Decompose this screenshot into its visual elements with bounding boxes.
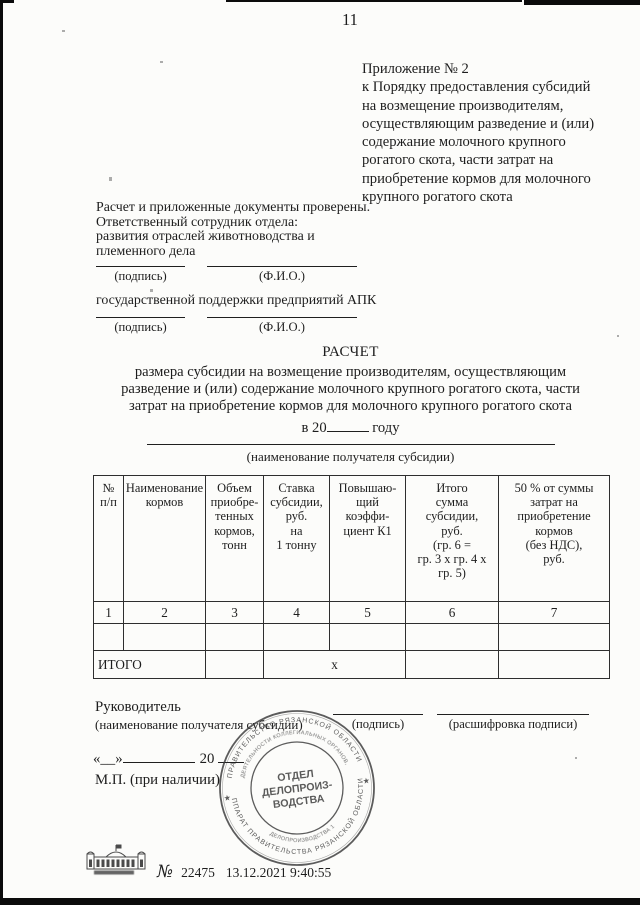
signature-row-1: (подпись) (Ф.И.О.) [96, 266, 357, 284]
empty-cell [94, 624, 124, 651]
appendix-line: крупного рогатого скота [362, 188, 622, 206]
emblem-window [89, 860, 92, 868]
appendix-line: Приложение № 2 [362, 60, 622, 78]
calc-title-block: РАСЧЕТ размера субсидии на возмещение пр… [78, 344, 623, 437]
appendix-header: Приложение № 2 к Порядку предоставления … [362, 60, 622, 206]
appendix-line: на возмещение производителям, [362, 97, 622, 115]
head-title: Руководитель [95, 699, 181, 716]
signature-decrypt-label: (расшифровка подписи) [433, 717, 593, 732]
table-header-cell: № п/п [94, 476, 124, 602]
registration-datetime: 13.12.2021 9:40:55 [226, 865, 331, 880]
emblem-window [117, 860, 120, 868]
scan-edge-top-segment [0, 0, 14, 3]
table-header-row: № п/п Наименование кормов Объем приобре-… [94, 476, 610, 602]
column-number-row: 1 2 3 4 5 6 7 [94, 602, 610, 624]
appendix-line: содержание молочного крупного [362, 133, 622, 151]
appendix-line: осуществляющим разведение и (или) [362, 115, 622, 133]
verification-line: племенного дела [96, 245, 370, 260]
column-number-cell: 4 [264, 602, 330, 624]
signature-line [437, 714, 589, 715]
total-row: ИТОГО х [94, 651, 610, 679]
table-header-cell: Наименование кормов [124, 476, 206, 602]
scanned-document-page: 11 Приложение № 2 к Порядку предоставлен… [0, 0, 640, 905]
emblem-body [94, 857, 138, 869]
year-suffix: году [372, 420, 399, 436]
round-stamp: ПРАВИТЕЛЬСТВО РЯЗАНСКОЙ ОБЛАСТИ АППАРАТ … [206, 697, 389, 880]
emblem-window [127, 860, 130, 868]
date-quote: «__» [93, 751, 123, 767]
column-number-cell: 3 [206, 602, 264, 624]
verification-line: Ответственный сотрудник отдела: [96, 216, 370, 231]
scan-edge-left [0, 0, 3, 905]
empty-cell [406, 651, 499, 679]
empty-cell [406, 624, 499, 651]
verification-block: Расчет и приложенные документы проверены… [96, 201, 370, 259]
verification-line: Расчет и приложенные документы проверены… [96, 201, 370, 216]
signature-row-2: (подпись) (Ф.И.О.) [96, 317, 357, 335]
empty-cell [330, 624, 406, 651]
column-number-cell: 6 [406, 602, 499, 624]
stamp-star-left: ★ [223, 793, 231, 803]
calc-subtitle-line: затрат на приобретение кормов для молочн… [78, 398, 623, 415]
page-number: 11 [330, 10, 370, 30]
scan-noise-speck [62, 30, 65, 32]
empty-cell [264, 624, 330, 651]
column-number-cell: 1 [94, 602, 124, 624]
empty-cell [206, 651, 264, 679]
appendix-line: к Порядку предоставления субсидий [362, 78, 622, 96]
year-line: в 20 году [78, 419, 623, 437]
table-header-cell: 50 % от суммы затрат на приобретение кор… [499, 476, 610, 602]
emblem-window [112, 860, 115, 868]
verification-line: развития отраслей животноводства и [96, 230, 370, 245]
fio-label: (Ф.И.О.) [207, 318, 357, 335]
fio-label: (Ф.И.О.) [207, 267, 357, 284]
signature-label: (подпись) [96, 267, 185, 284]
stamp-ring-text-top: ПРАВИТЕЛЬСТВО РЯЗАНСКОЙ ОБЛАСТИ [220, 709, 363, 780]
signature-label: (подпись) [96, 318, 185, 335]
column-number-cell: 7 [499, 602, 610, 624]
emblem-window [107, 860, 110, 868]
total-label-cell: ИТОГО [94, 651, 206, 679]
date-blank-line [123, 750, 195, 763]
registration-line: №2247513.12.2021 9:40:55 [157, 862, 331, 882]
empty-data-row [94, 624, 610, 651]
emblem-dome [106, 852, 126, 857]
appendix-line: приобретение кормов для молочного [362, 170, 622, 188]
table-header-cell: Повышаю- щий коэффи- циент К1 [330, 476, 406, 602]
recipient-caption: (наименование получателя субсидии) [78, 449, 623, 465]
emblem-flag [116, 845, 121, 848]
emblem-caption-strip [94, 871, 134, 875]
calc-title: РАСЧЕТ [78, 344, 623, 361]
stamp-star-right: ★ [362, 776, 370, 786]
column-number-cell: 2 [124, 602, 206, 624]
scan-noise-speck [617, 335, 619, 337]
registration-number: 22475 [181, 865, 215, 880]
subsidy-calc-table: № п/п Наименование кормов Объем приобре-… [93, 475, 610, 679]
empty-cell [499, 651, 610, 679]
scan-noise-speck [575, 757, 577, 759]
total-x-cell: х [264, 651, 406, 679]
mp-label: М.П. (при наличии) [95, 772, 220, 789]
column-number-cell: 5 [330, 602, 406, 624]
department-second: государственной поддержки предприятий АП… [96, 293, 376, 309]
calc-subtitle-line: разведение и (или) содержание молочного … [78, 381, 623, 398]
table-header-cell: Объем приобре- тенных кормов, тонн [206, 476, 264, 602]
table-header-cell: Ставка субсидии, руб. на 1 тонну [264, 476, 330, 602]
emblem-window [140, 860, 143, 868]
table-header-cell: Итого сумма субсидии, руб. (гр. 6 = гр. … [406, 476, 499, 602]
scan-noise-speck [109, 177, 112, 181]
scan-edge-top-segment [524, 0, 640, 5]
year-blank-line [327, 419, 369, 432]
emblem-window [122, 860, 125, 868]
scan-edge-bottom [0, 898, 640, 905]
calc-subtitle-line: размера субсидии на возмещение производи… [78, 364, 623, 381]
emblem-window [132, 860, 135, 868]
empty-cell [499, 624, 610, 651]
recipient-name-line [147, 444, 555, 445]
scan-noise-speck [150, 289, 153, 292]
scan-noise-speck [160, 61, 163, 63]
scan-edge-top-segment [226, 0, 522, 2]
emblem-window [97, 860, 100, 868]
numero-sign: № [157, 862, 173, 882]
government-building-emblem [79, 843, 153, 879]
emblem-window [102, 860, 105, 868]
year-prefix: в 20 [301, 420, 326, 436]
empty-cell [206, 624, 264, 651]
appendix-line: рогатого скота, части затрат на [362, 151, 622, 169]
empty-cell [124, 624, 206, 651]
